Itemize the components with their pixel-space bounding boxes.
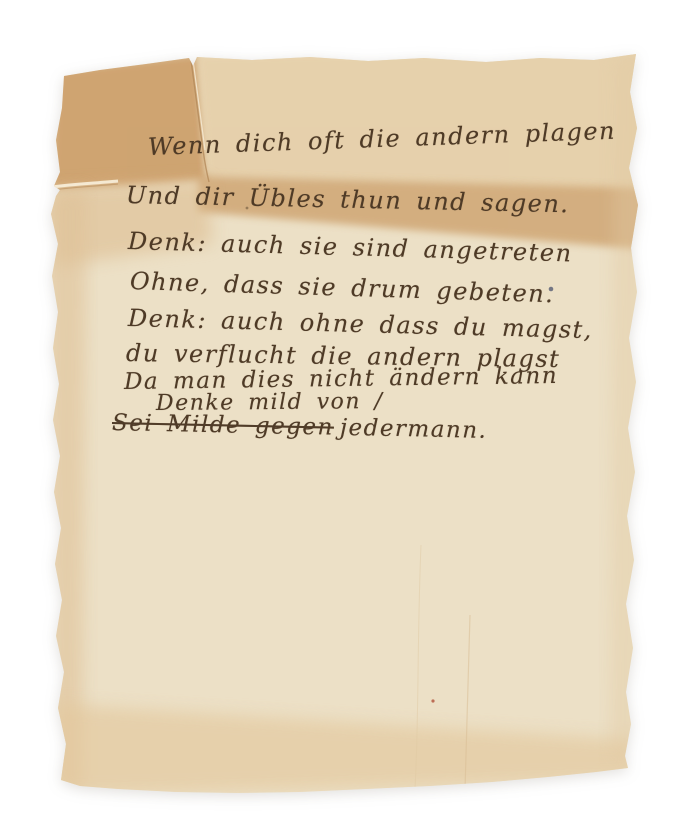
ink-dot bbox=[549, 287, 554, 292]
photo-background: Wenn dich oft die andern plagen Und dir … bbox=[0, 0, 700, 837]
speck bbox=[246, 207, 249, 210]
red-speck bbox=[431, 699, 434, 702]
paper-sheet bbox=[0, 0, 700, 837]
